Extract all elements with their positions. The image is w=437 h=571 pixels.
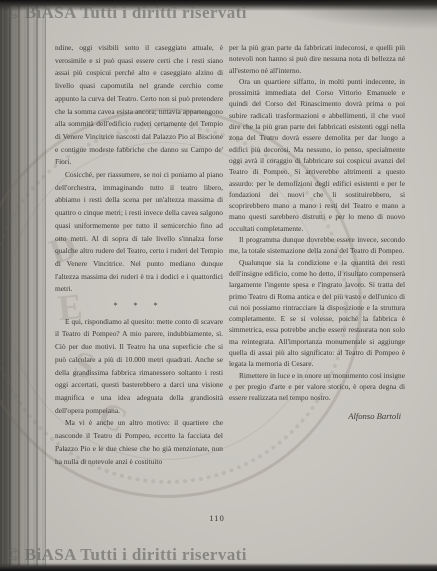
paragraph: Il programma dunque dovrebbe essere inve… — [229, 234, 405, 257]
book-gutter-shadow — [0, 0, 46, 571]
watermark-bottom: © BiASA Tutti i diritti riservati — [7, 545, 437, 565]
section-separator-asterism: * * * — [55, 300, 223, 313]
paragraph: Ora un quartiere siffatto, in molti punt… — [229, 76, 405, 234]
paragraph: Ma vi è anche un altro motivo: il quarti… — [55, 417, 223, 468]
paragraph-continuation: per la più gran parte da fabbricati inde… — [229, 42, 405, 76]
text-column-right: per la più gran parte da fabbricati inde… — [229, 42, 405, 422]
page-number: 110 — [0, 513, 434, 523]
paragraph: Qualunque sia la condizione e la quantit… — [229, 257, 405, 370]
paragraph: Rimettere in luce e in onore un monument… — [229, 370, 405, 404]
watermark-top: © BiASA Tutti i diritti riservati — [7, 3, 437, 23]
author-signature: Alfonso Bartoli — [229, 411, 405, 422]
text-column-left: ndine, oggi visibili sotto il caseggiato… — [55, 42, 223, 468]
paragraph-continuation: ndine, oggi visibili sotto il caseggiato… — [55, 42, 223, 169]
paragraph: E qui, rispondiamo al quesito: mette con… — [55, 316, 223, 418]
paragraph: Cosicché, per riassumere, se noi ci poni… — [55, 169, 223, 296]
